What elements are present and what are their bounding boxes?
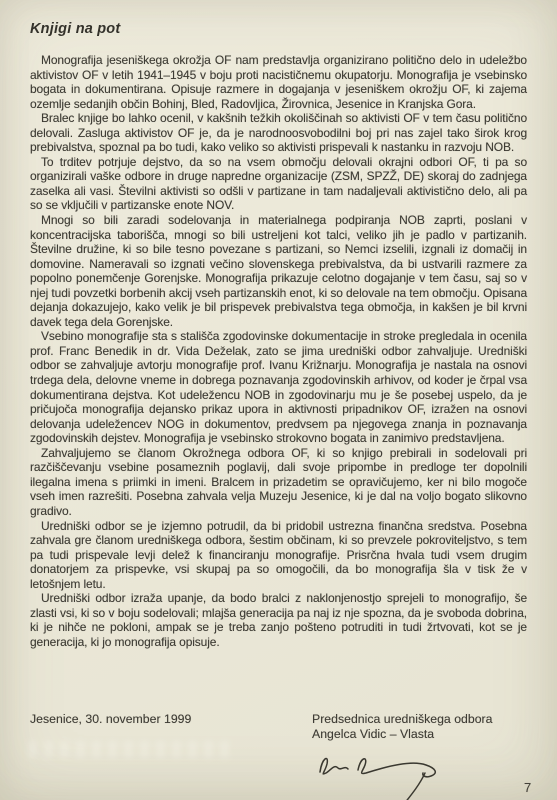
footer: Jesenice, 30. november 1999 Predsednica … xyxy=(30,712,527,800)
body-text: Monografija jeseniškega okrožja OF nam p… xyxy=(30,53,527,649)
body-paragraph: Uredniški odbor izraža upanje, da bodo b… xyxy=(30,591,527,649)
scanned-page: Knjigi na pot Monografija jeseniškega ok… xyxy=(0,0,557,800)
body-paragraph: Vsebino monografije sta s stališča zgodo… xyxy=(30,329,527,445)
body-paragraph: Uredniški odbor se je izjemno potrudil, … xyxy=(30,519,527,592)
date-line: Jesenice, 30. november 1999 xyxy=(30,712,191,727)
body-paragraph: Zahvaljujemo se članom Okrožnega odbora … xyxy=(30,446,527,519)
page-number: 7 xyxy=(524,780,531,795)
body-paragraph: Bralec knjige bo lahko ocenil, v kakšnih… xyxy=(30,111,527,155)
body-paragraph: To trditev potrjuje dejstvo, da so na vs… xyxy=(30,155,527,213)
signatory-name: Angelca Vidic – Vlasta xyxy=(312,727,527,742)
body-paragraph: Mnogi so bili zaradi sodelovanja in mate… xyxy=(30,213,527,329)
signatory-role: Predsednica uredniškega odbora xyxy=(312,712,527,727)
handwritten-signature-icon xyxy=(314,746,464,800)
page-title: Knjigi na pot xyxy=(30,21,120,37)
body-paragraph: Monografija jeseniškega okrožja OF nam p… xyxy=(30,53,527,111)
signature-block: Predsednica uredniškega odbora Angelca V… xyxy=(312,712,527,800)
